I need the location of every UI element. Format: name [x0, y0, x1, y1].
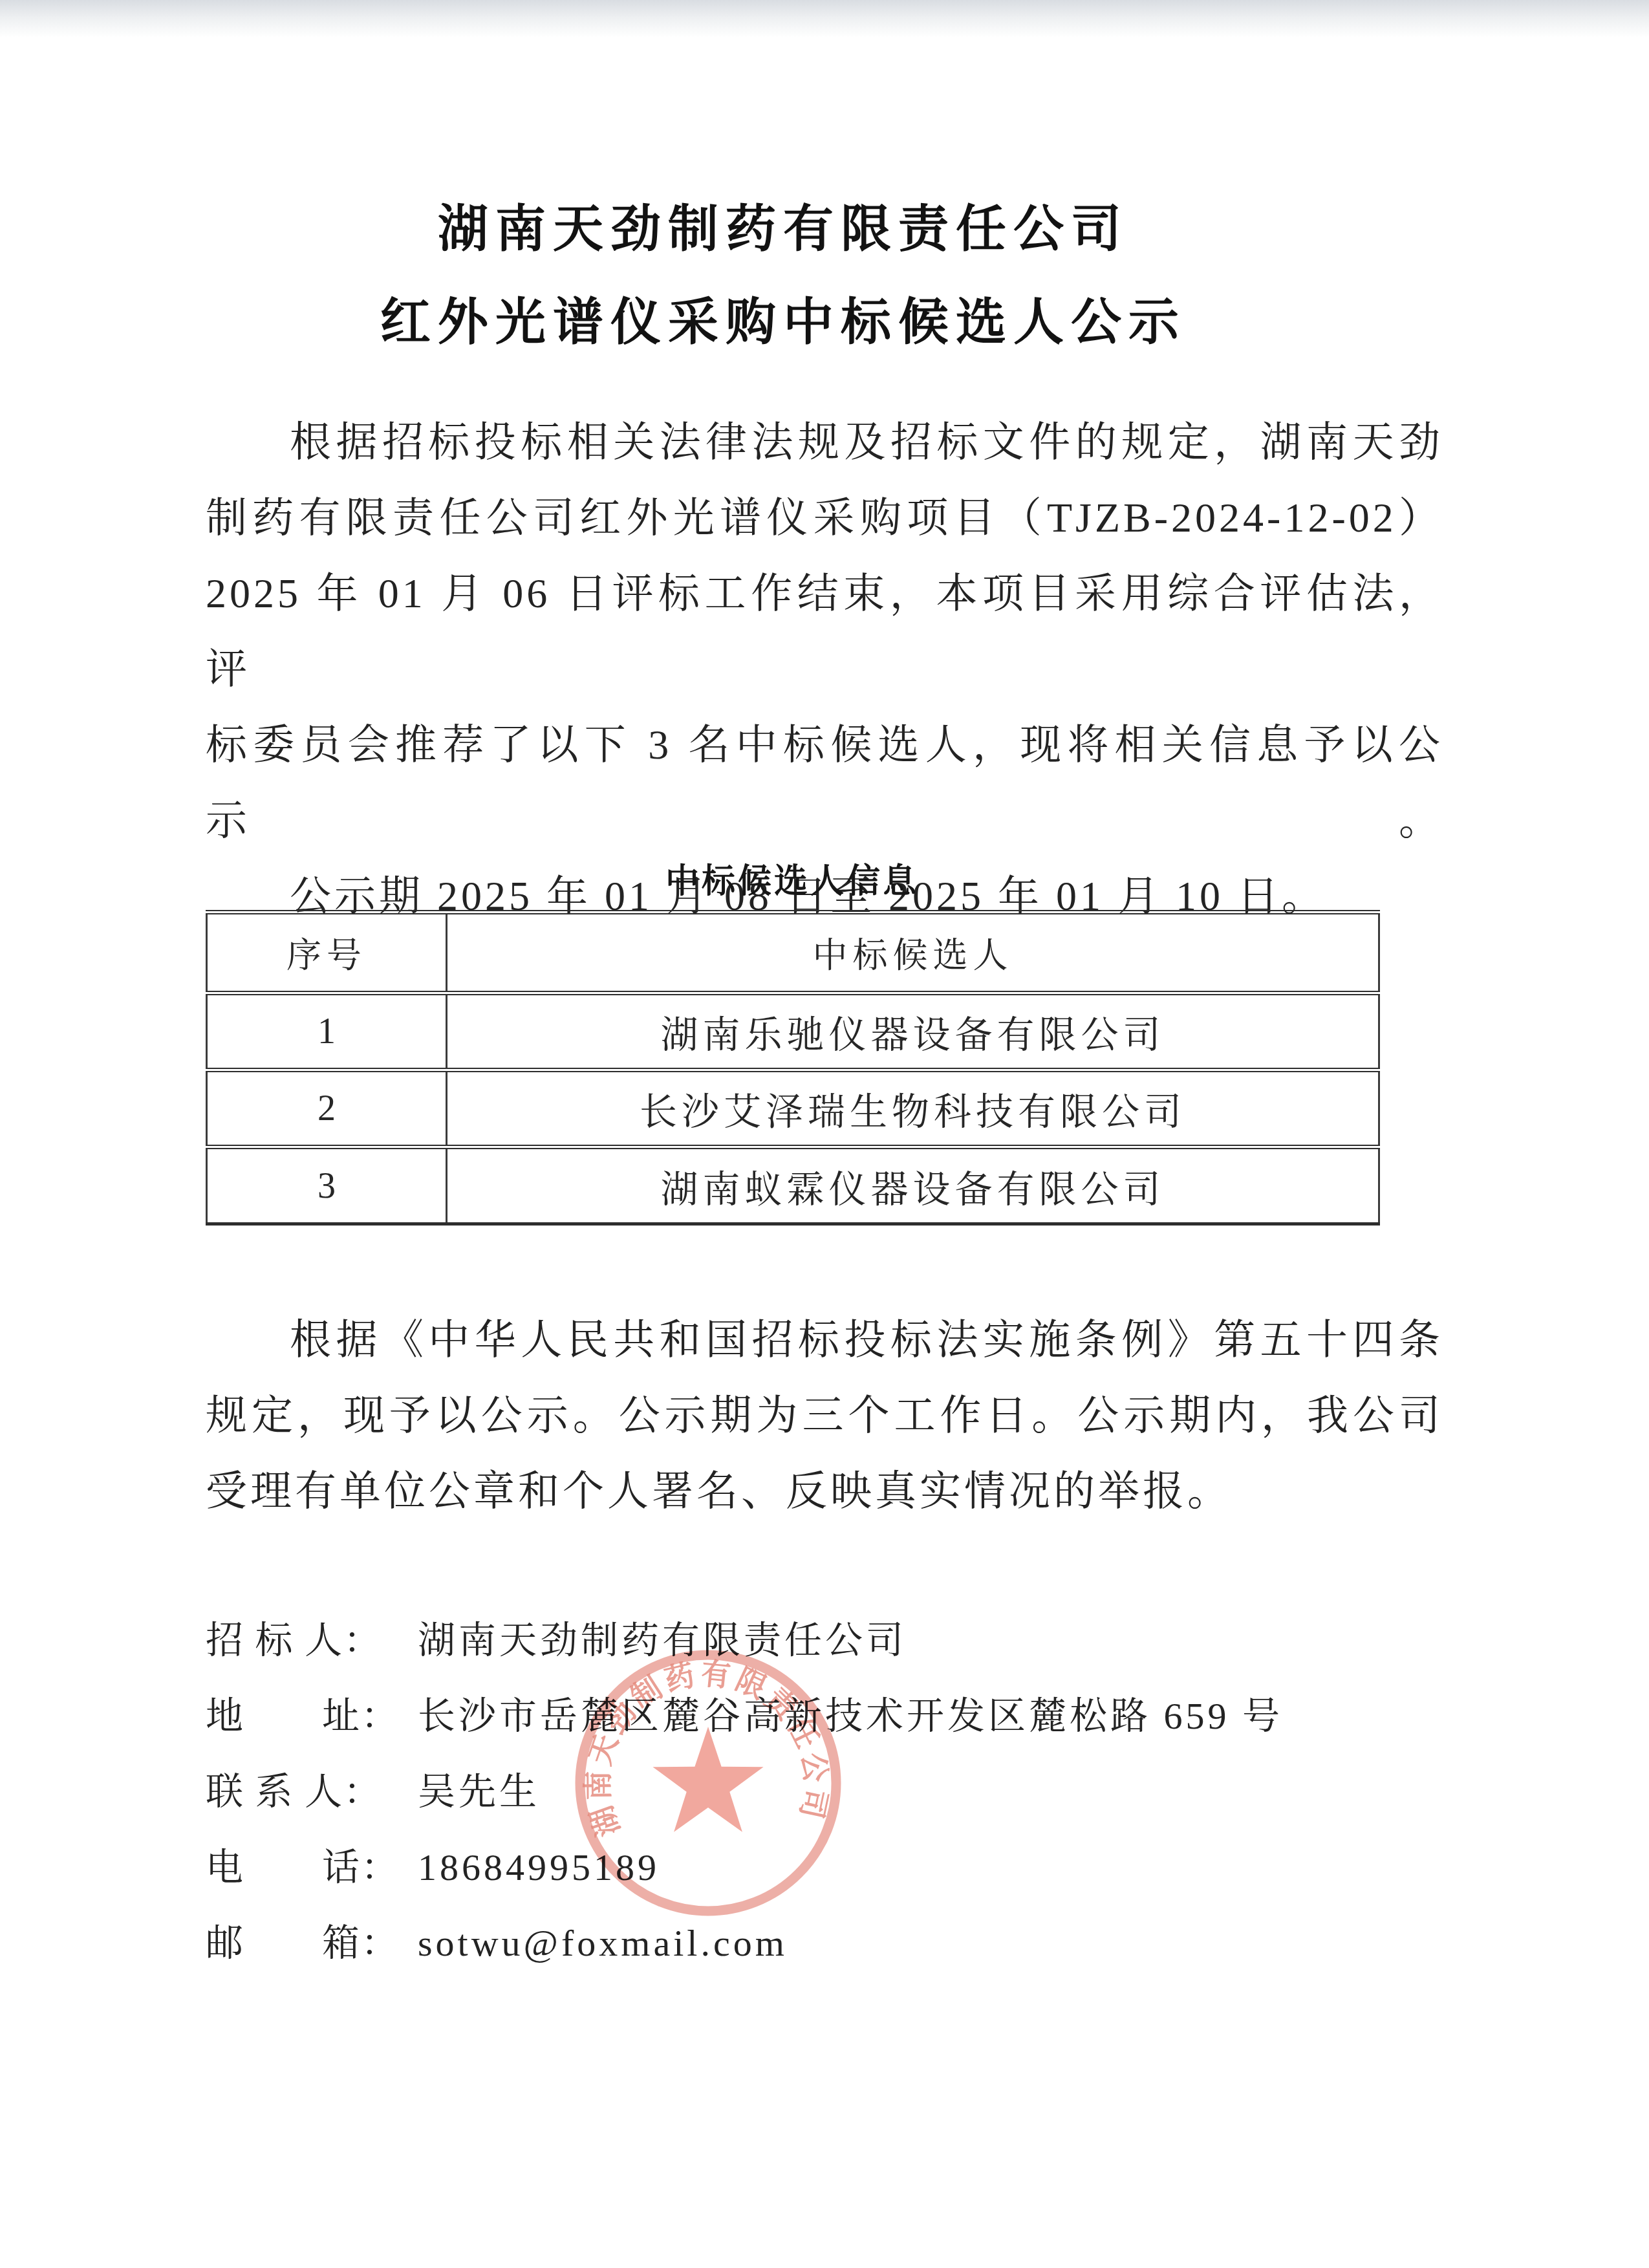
contact-value: 长沙市岳麓区麓谷高新技术开发区麓松路 659 号 [418, 1678, 1283, 1754]
scan-artifact-band [0, 0, 1649, 38]
contact-value: sotwu@foxmail.com [418, 1905, 788, 1981]
scanned-document-page: 湖南天劲制药有限责任公司 红外光谱仪采购中标候选人公示 根据招标投标相关法律法规… [0, 0, 1649, 2268]
document-title-line-1: 湖南天劲制药有限责任公司 [0, 189, 1608, 261]
contact-row-phone: 电 话： 18684995189 [206, 1830, 1486, 1905]
candidates-table: 序号 中标候选人 1 湖南乐驰仪器设备有限公司 2 长沙艾泽瑞生物科技有限公司 … [206, 910, 1380, 1226]
table-row: 2 长沙艾泽瑞生物科技有限公司 [207, 1070, 1379, 1147]
body-text-line: 制药有限责任公司红外光谱仪采购项目（TJZB-2024-12-02） [206, 480, 1443, 556]
cell-index: 3 [207, 1147, 447, 1224]
contact-row-tenderee: 招 标 人： 湖南天劲制药有限责任公司 [206, 1603, 1486, 1678]
contact-label: 招 标 人： [206, 1603, 401, 1678]
contact-label: 邮 箱： [206, 1905, 401, 1981]
contact-value: 湖南天劲制药有限责任公司 [418, 1603, 907, 1678]
body-text-line: 规定，现予以公示。公示期为三个工作日。公示期内，我公司 [206, 1377, 1443, 1453]
contact-label: 电 话： [206, 1830, 401, 1905]
contact-value: 18684995189 [418, 1830, 660, 1905]
document-title-line-2: 红外光谱仪采购中标候选人公示 [0, 282, 1608, 354]
header-cell-index: 序号 [207, 913, 447, 993]
body-text-line: 受理有单位公章和个人署名、反映真实情况的举报。 [206, 1453, 1443, 1529]
cell-index: 1 [207, 993, 447, 1070]
body-text-line: 根据《中华人民共和国招标投标法实施条例》第五十四条 [206, 1302, 1443, 1377]
header-cell-candidate: 中标候选人 [447, 913, 1379, 993]
table-header-row: 序号 中标候选人 [207, 913, 1379, 993]
cell-candidate: 长沙艾泽瑞生物科技有限公司 [447, 1070, 1379, 1147]
contact-value: 吴先生 [418, 1754, 540, 1830]
body-text-line: 标委员会推荐了以下 3 名中标候选人，现将相关信息予以公示。 [206, 707, 1443, 858]
contact-row-person: 联 系 人： 吴先生 [206, 1754, 1486, 1830]
candidates-section-title: 中标候选人信息 [0, 854, 1617, 902]
cell-candidate: 湖南蚁霖仪器设备有限公司 [447, 1147, 1379, 1224]
contact-row-address: 地 址： 长沙市岳麓区麓谷高新技术开发区麓松路 659 号 [206, 1678, 1486, 1754]
table-row: 1 湖南乐驰仪器设备有限公司 [207, 993, 1379, 1070]
legal-paragraph: 根据《中华人民共和国招标投标法实施条例》第五十四条 规定，现予以公示。公示期为三… [206, 1302, 1443, 1529]
contact-label: 联 系 人： [206, 1754, 401, 1830]
cell-candidate: 湖南乐驰仪器设备有限公司 [447, 993, 1379, 1070]
cell-index: 2 [207, 1070, 447, 1147]
candidates-table-wrapper: 序号 中标候选人 1 湖南乐驰仪器设备有限公司 2 长沙艾泽瑞生物科技有限公司 … [206, 910, 1380, 1226]
contact-row-email: 邮 箱： sotwu@foxmail.com [206, 1905, 1486, 1981]
body-text-line: 根据招标投标相关法律法规及招标文件的规定，湖南天劲 [206, 404, 1443, 480]
body-text-line: 2025 年 01 月 06 日评标工作结束，本项目采用综合评估法，评 [206, 556, 1443, 707]
table-row: 3 湖南蚁霖仪器设备有限公司 [207, 1147, 1379, 1224]
contact-list: 招 标 人： 湖南天劲制药有限责任公司 地 址： 长沙市岳麓区麓谷高新技术开发区… [206, 1603, 1486, 1981]
contact-label: 地 址： [206, 1678, 401, 1754]
